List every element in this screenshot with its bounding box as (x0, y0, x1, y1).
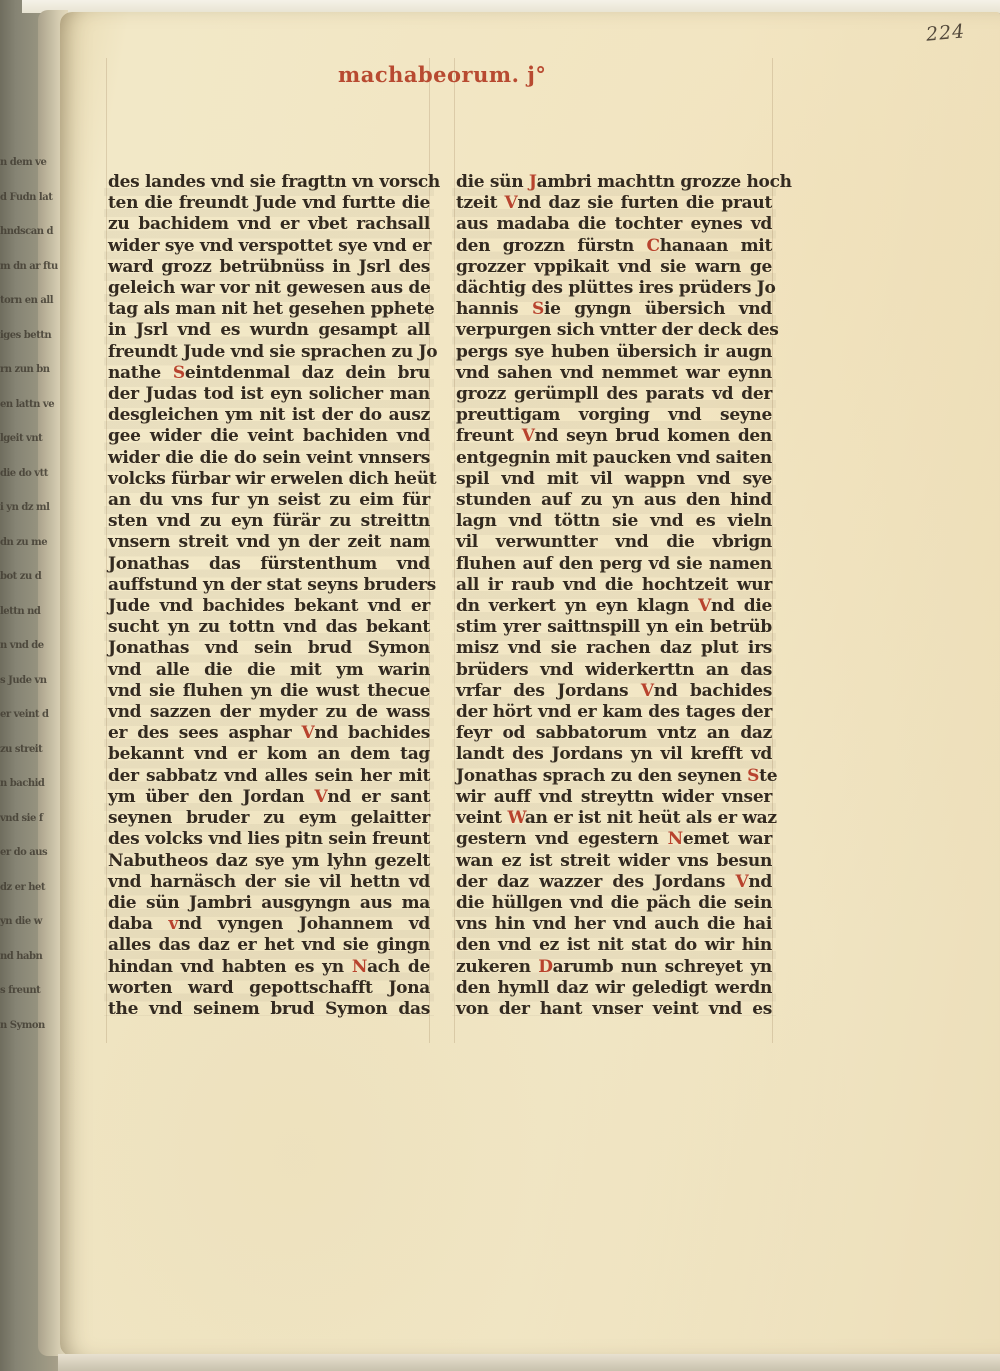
rubricated-letter: J (529, 172, 537, 192)
text-line: an du vns fur yn seist zu eim für (108, 490, 430, 511)
text-line: s Jude vn (0, 664, 58, 699)
rubricated-letter: N (352, 957, 367, 977)
text-column-left: des landes vnd sie fragttn vn vorschten … (108, 172, 430, 1020)
ruling-line (454, 58, 455, 1043)
text-line: hndscan d (0, 215, 58, 250)
text-line: den hymll daz wir geledigt werdn (456, 978, 772, 999)
ruling-line (106, 58, 107, 1043)
text-line: dächtig des plüttes ires prüders Jo (456, 278, 772, 299)
rubricated-letter: V (735, 872, 748, 892)
text-line: fluhen auf den perg vd sie namen (456, 554, 772, 575)
text-line: preuttigam vorging vnd seyne (456, 405, 772, 426)
text-line: die sün Jambri machttn grozze hoch (456, 172, 772, 193)
text-line: er des sees asphar Vnd bachides (108, 723, 430, 744)
text-line: ym über den Jordan Vnd er sant (108, 787, 430, 808)
text-line: wir auff vnd streyttn wider vnser (456, 787, 772, 808)
rubricated-letter: S (532, 299, 544, 319)
text-line: tag als man nit het gesehen pphete (108, 299, 430, 320)
text-line: die do vtt (0, 457, 58, 492)
text-line: dn verkert yn eyn klagn Vnd die (456, 596, 772, 617)
text-line: wider sye vnd verspottet sye vnd er (108, 236, 430, 257)
text-line: volcks fürbar wir erwelen dich heüt (108, 469, 430, 490)
text-line: n Symon (0, 1009, 58, 1044)
text-line: des landes vnd sie fragttn vn vorsch (108, 172, 430, 193)
text-line: rn zun bn (0, 353, 58, 388)
rubricated-letter: v (169, 914, 179, 934)
text-line: der daz wazzer des Jordans Vnd (456, 872, 772, 893)
text-line: brüders vnd widerkerttn an das (456, 660, 772, 681)
text-line: freunt Vnd seyn brud komen den (456, 426, 772, 447)
rubricated-letter: S (747, 766, 759, 786)
text-line: vnd harnäsch der sie vil hettn vd (108, 872, 430, 893)
text-line: lgeit vnt (0, 422, 58, 457)
text-line: the vnd seinem brud Symon das (108, 999, 430, 1020)
text-line: tzeit Vnd daz sie furten die praut (456, 193, 772, 214)
text-line: der sabbatz vnd alles sein her mit (108, 766, 430, 787)
text-line: bekannt vnd er kom an dem tag (108, 744, 430, 765)
text-line: stunden auf zu yn aus den hind (456, 490, 772, 511)
text-line: vns hin vnd her vnd auch die hai (456, 914, 772, 935)
text-line: vnd alle die die mit ym warin (108, 660, 430, 681)
text-line: verpurgen sich vntter der deck des (456, 320, 772, 341)
text-line: seynen bruder zu eym gelaitter (108, 808, 430, 829)
text-line: wan ez ist streit wider vns besun (456, 851, 772, 872)
text-line: vrfar des Jordans Vnd bachides (456, 681, 772, 702)
text-line: feyr od sabbatorum vntz an daz (456, 723, 772, 744)
rubricated-letter: V (641, 681, 654, 701)
text-line: sten vnd zu eyn fürär zu streittn (108, 511, 430, 532)
text-column-right: die sün Jambri machttn grozze hochtzeit … (456, 172, 772, 1020)
text-line: lettn nd (0, 595, 58, 630)
text-line: i yn dz ml (0, 491, 58, 526)
text-line: desgleichen ym nit ist der do ausz (108, 405, 430, 426)
text-line: vnd sie fluhen yn die wust thecue (108, 681, 430, 702)
text-line: nathe Seintdenmal daz dein bru (108, 363, 430, 384)
text-line: bot zu d (0, 560, 58, 595)
text-line: s freunt (0, 974, 58, 1009)
text-line: zukeren Darumb nun schreyet yn (456, 957, 772, 978)
text-line: daba vnd vyngen Johannem vd (108, 914, 430, 935)
text-line: m dn ar ftu (0, 250, 58, 285)
text-line: gee wider die veint bachiden vnd (108, 426, 430, 447)
text-line: von der hant vnser veint vnd es (456, 999, 772, 1020)
manuscript-scan: n dem ved Fudn lathndscan dm dn ar ftuto… (0, 0, 1000, 1371)
text-line: Jonathas vnd sein brud Symon (108, 638, 430, 659)
text-line: er do aus (0, 836, 58, 871)
text-line: freundt Jude vnd sie sprachen zu Jo (108, 342, 430, 363)
text-line: veint Wan er ist nit heüt als er waz (456, 808, 772, 829)
text-line: zu streit (0, 733, 58, 768)
text-line: in Jsrl vnd es wurdn gesampt all (108, 320, 430, 341)
text-line: alles das daz er het vnd sie gingn (108, 935, 430, 956)
text-line: landt des Jordans yn vil krefft vd (456, 744, 772, 765)
rubricated-letter: C (646, 236, 659, 256)
text-line: misz vnd sie rachen daz plut irs (456, 638, 772, 659)
rubricated-letter: N (668, 829, 683, 849)
text-line: yn die w (0, 905, 58, 940)
text-line: hannis Sie gyngn übersich vnd (456, 299, 772, 320)
text-line: n vnd de (0, 629, 58, 664)
text-line: geleich war vor nit gewesen aus de (108, 278, 430, 299)
text-line: Jonathas sprach zu den seynen Ste (456, 766, 772, 787)
folio-number: 224 (925, 20, 966, 45)
rubricated-letter: V (314, 787, 327, 807)
text-line: zu bachidem vnd er vbet rachsall (108, 214, 430, 235)
text-line: er veint d (0, 698, 58, 733)
running-title-rubric: machabeorum. j° (338, 62, 546, 87)
text-line: vnsern streit vnd yn der zeit nam (108, 532, 430, 553)
rubricated-letter: W (507, 808, 524, 828)
text-line: grozzer vppikait vnd sie warn ge (456, 257, 772, 278)
text-line: grozz gerümpll des parats vd der (456, 384, 772, 405)
text-line: die hüllgen vnd die päch die sein (456, 893, 772, 914)
text-line: vil verwuntter vnd die vbrign (456, 532, 772, 553)
text-line: n dem ve (0, 146, 58, 181)
text-line: Jonathas das fürstenthum vnd (108, 554, 430, 575)
text-line: der hört vnd er kam des tages der (456, 702, 772, 723)
text-line: hindan vnd habten es yn Nach de (108, 957, 430, 978)
text-line: spil vnd mit vil wappn vnd sye (456, 469, 772, 490)
text-line: dn zu me (0, 526, 58, 561)
book-bottom-page-edges (58, 1354, 1000, 1371)
text-line: pergs sye huben übersich ir augn (456, 342, 772, 363)
text-line: den vnd ez ist nit stat do wir hin (456, 935, 772, 956)
text-line: worten ward gepottschafft Jona (108, 978, 430, 999)
text-line: nd habn (0, 940, 58, 975)
text-line: dz er het (0, 871, 58, 906)
text-line: Jude vnd bachides bekant vnd er (108, 596, 430, 617)
text-line: n bachid (0, 767, 58, 802)
text-line: den grozzn fürstn Chanaan mit (456, 236, 772, 257)
text-line: stim yrer saittnspill yn ein betrüb (456, 617, 772, 638)
text-line: lagn vnd töttn sie vnd es vieln (456, 511, 772, 532)
text-line: d Fudn lat (0, 181, 58, 216)
text-line: en lattn ve (0, 388, 58, 423)
text-line: vnd sahen vnd nemmet war eynn (456, 363, 772, 384)
rubricated-letter: V (301, 723, 314, 743)
text-line: der Judas tod ist eyn solicher man (108, 384, 430, 405)
text-line: torn en all (0, 284, 58, 319)
rubricated-letter: S (173, 363, 185, 383)
text-line: die sün Jambri ausgyngn aus ma (108, 893, 430, 914)
text-line: des volcks vnd lies pitn sein freunt (108, 829, 430, 850)
text-line: wider die die do sein veint vnnsers (108, 448, 430, 469)
rubricated-letter: V (504, 193, 517, 213)
ruling-line (772, 58, 773, 1043)
rubricated-letter: V (698, 596, 711, 616)
text-line: ten die freundt Jude vnd furtte die (108, 193, 430, 214)
text-line: aus madaba die tochter eynes vd (456, 214, 772, 235)
facing-page-text-edge: n dem ved Fudn lathndscan dm dn ar ftuto… (0, 146, 58, 1056)
text-line: sucht yn zu tottn vnd das bekant (108, 617, 430, 638)
text-line: ward grozz betrübnüss in Jsrl des (108, 257, 430, 278)
rubricated-letter: V (522, 426, 535, 446)
text-line: auffstund yn der stat seyns bruders (108, 575, 430, 596)
rubricated-letter: D (538, 957, 552, 977)
text-line: gestern vnd egestern Nemet war (456, 829, 772, 850)
text-line: vnd sie f (0, 802, 58, 837)
text-line: entgegnin mit paucken vnd saiten (456, 448, 772, 469)
text-line: iges bettn (0, 319, 58, 354)
text-line: Nabutheos daz sye ym lyhn gezelt (108, 851, 430, 872)
text-line: all ir raub vnd die hochtzeit wur (456, 575, 772, 596)
text-line: vnd sazzen der myder zu de wass (108, 702, 430, 723)
